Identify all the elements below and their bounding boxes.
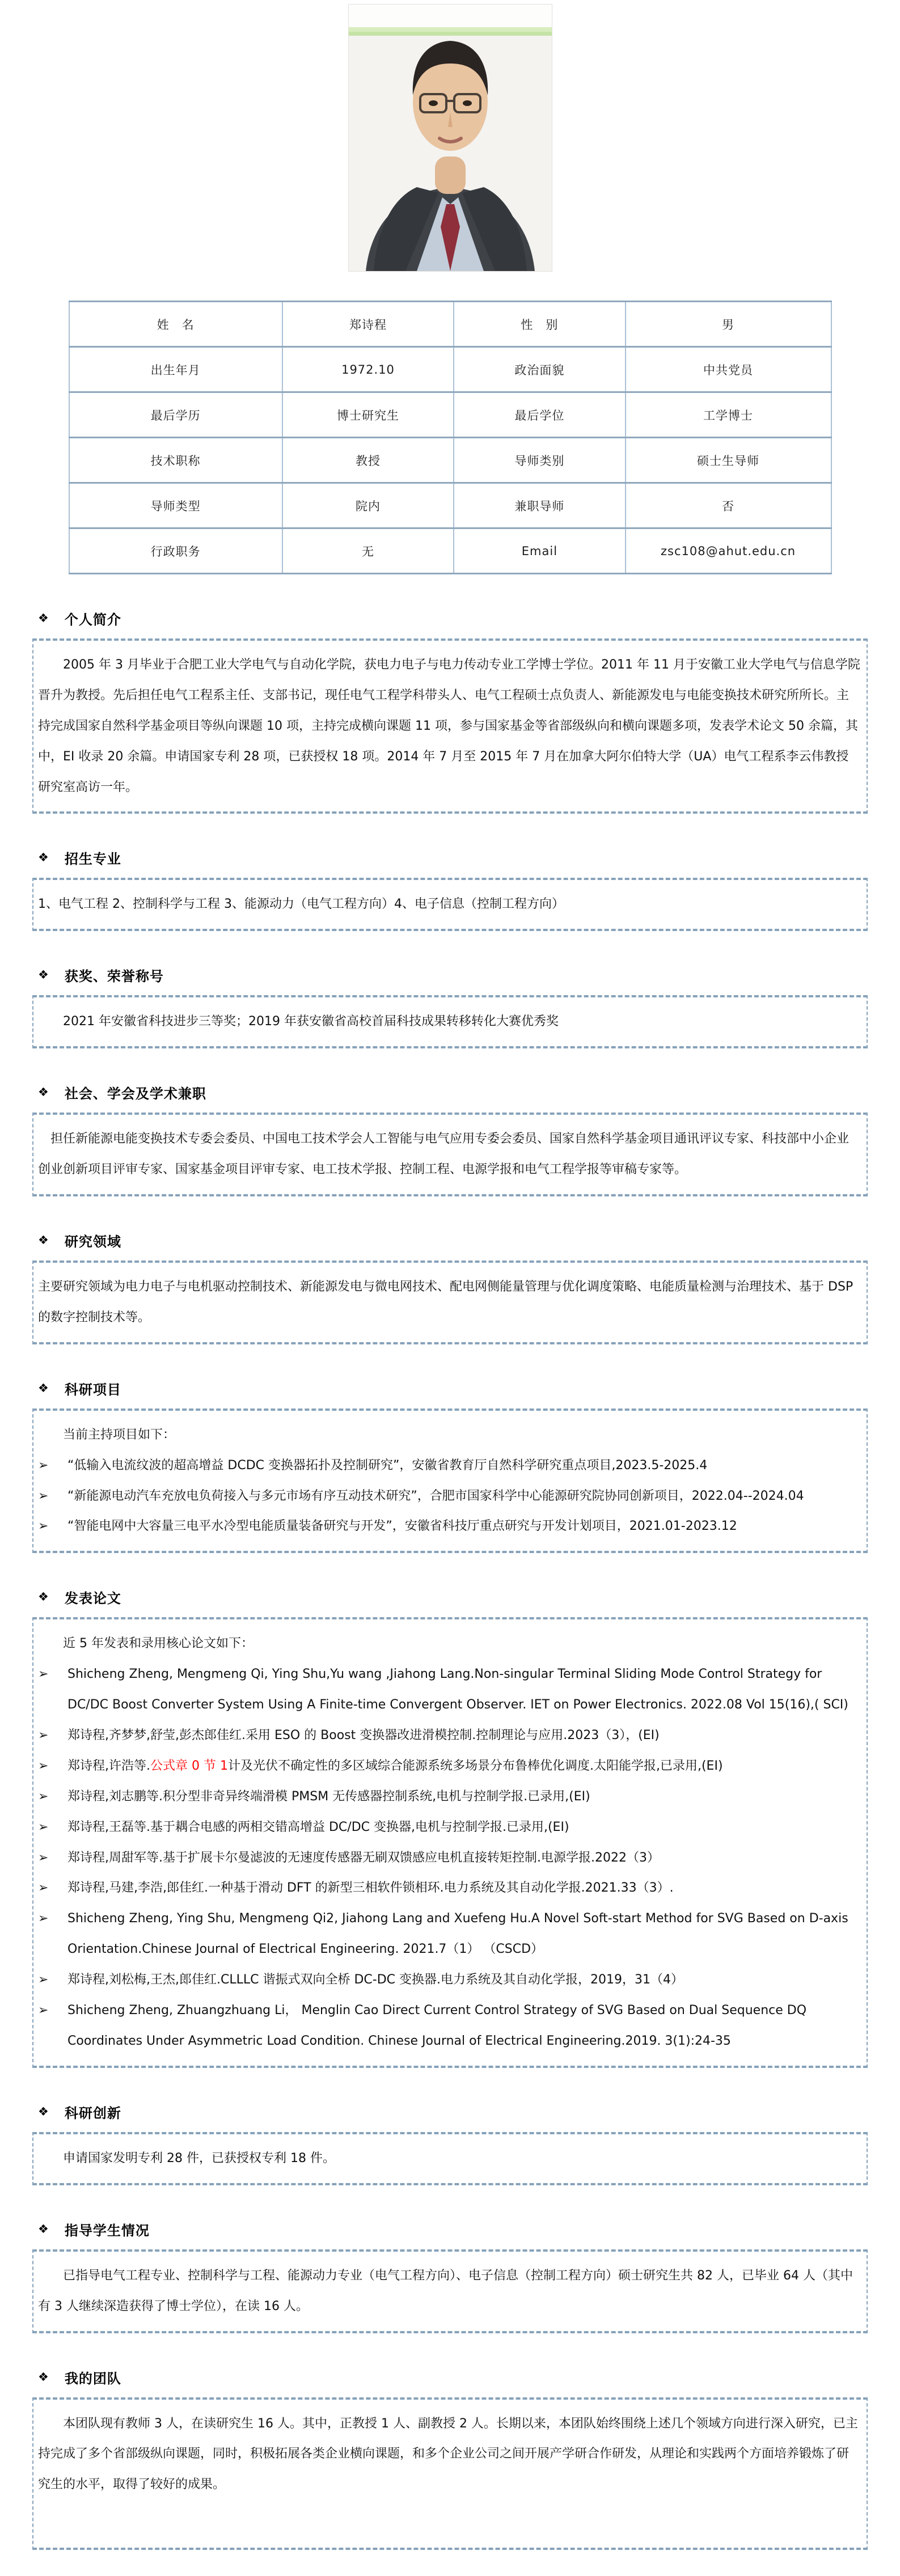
section-title: 研究领域 [65, 1230, 121, 1250]
text-segment: 郑诗程,齐梦梦,舒莹,彭杰郎佳红.采用 ESO 的 Boost 变换器改进滑模控… [67, 1728, 660, 1742]
list-item: ➢郑诗程,齐梦梦,舒莹,彭杰郎佳红.采用 ESO 的 Boost 变换器改进滑模… [38, 1720, 861, 1751]
text-segment: 郑诗程,刘松梅,王杰,郎佳红.CLLLC 谐振式双向全桥 DC-DC 变换器.电… [67, 1973, 683, 1987]
diamond-bullet-icon: ❖ [38, 612, 49, 624]
section-content-box: 2005 年 3 月毕业于合肥工业大学电气与自动化学院，获电力电子与电力传动专业… [32, 638, 868, 814]
field-value: 否 [626, 483, 831, 528]
section-projects: ❖ 科研项目 当前主持项目如下： ➢“低输入电流纹波的超高增益 DCDC 变换器… [32, 1378, 868, 1554]
arrow-bullet-icon: ➢ [38, 1873, 48, 1904]
section-majors: ❖ 招生专业 1、电气工程 2、控制科学与工程 3、能源动力（电气工程方向）4、… [32, 848, 868, 931]
arrow-bullet-icon: ➢ [38, 1995, 48, 2026]
paragraph: 主要研究领域为电力电子与电机驱动控制技术、新能源发电与微电网技术、配电网侧能量管… [38, 1272, 861, 1333]
list-item: ➢Shicheng Zheng, Zhuangzhuang Li， Mengli… [38, 1995, 861, 2057]
text-segment: 郑诗程,刘志鹏等.积分型非奇异终端滑模 PMSM 无传感器控制系统,电机与控制学… [67, 1790, 590, 1804]
field-label: 最后学位 [454, 392, 625, 438]
text-segment: 郑诗程,周甜军等.基于扩展卡尔曼滤波的无速度传感器无刷双馈感应电机直接转矩控制.… [67, 1851, 660, 1865]
arrow-bullet-icon: ➢ [38, 1720, 48, 1751]
arrow-bullet-icon: ➢ [38, 1481, 48, 1512]
arrow-bullet-icon: ➢ [38, 1511, 48, 1542]
diamond-bullet-icon: ❖ [38, 969, 49, 981]
paragraph: 1、电气工程 2、控制科学与工程 3、能源动力（电气工程方向）4、电子信息（控制… [38, 889, 861, 920]
section-title: 社会、学会及学术兼职 [65, 1082, 206, 1102]
section-header: ❖ 社会、学会及学术兼职 [38, 1082, 868, 1102]
list-item: ➢“低输入电流纹波的超高增益 DCDC 变换器拓扑及控制研究”，安徽省教育厅自然… [38, 1450, 861, 1481]
section-content-box: 1、电气工程 2、控制科学与工程 3、能源动力（电气工程方向）4、电子信息（控制… [32, 878, 868, 931]
section-header: ❖ 获奖、荣誉称号 [38, 965, 868, 985]
section-header: ❖ 科研项目 [38, 1378, 868, 1398]
field-value: 郑诗程 [282, 302, 454, 347]
section-content-box: 担任新能源电能变换技术专委会委员、中国电工技术学会人工智能与电气应用专委会委员、… [32, 1113, 868, 1196]
project-list: ➢“低输入电流纹波的超高增益 DCDC 变换器拓扑及控制研究”，安徽省教育厅自然… [38, 1450, 861, 1542]
paragraph: 申请国家发明专利 28 件，已获授权专利 18 件。 [38, 2143, 861, 2174]
section-title: 科研项目 [65, 1378, 121, 1398]
section-profile: ❖ 个人简介 2005 年 3 月毕业于合肥工业大学电气与自动化学院，获电力电子… [32, 608, 868, 814]
text-segment: Shicheng Zheng, Ying Shu, Mengmeng Qi2, … [67, 1911, 848, 1956]
list-item: ➢“智能电网中大容量三电平水冷型电能质量装备研究与开发”，安徽省科技厅重点研究与… [38, 1511, 861, 1542]
text-segment: 郑诗程,马建,李浩,郎佳红.一种基于滑动 DFT 的新型三相软件锁相环.电力系统… [67, 1881, 674, 1895]
section-title: 获奖、荣誉称号 [65, 965, 164, 985]
table-row: 行政职务 无 Email zsc108@ahut.edu.cn [69, 528, 831, 574]
section-content-box: 已指导电气工程专业、控制科学与工程、能源动力专业（电气工程方向）、电子信息（控制… [32, 2249, 868, 2333]
section-content-box: 主要研究领域为电力电子与电机驱动控制技术、新能源发电与微电网技术、配电网侧能量管… [32, 1260, 868, 1344]
section-title: 发表论文 [65, 1587, 121, 1607]
field-value: 硕士生导师 [626, 438, 831, 483]
paragraph: 已指导电气工程专业、控制科学与工程、能源动力专业（电气工程方向）、电子信息（控制… [38, 2261, 861, 2322]
table-row: 技术职称 教授 导师类别 硕士生导师 [69, 438, 831, 483]
section-header: ❖ 发表论文 [38, 1587, 868, 1607]
field-label: 出生年月 [69, 347, 282, 392]
list-item: ➢“新能源电动汽车充放电负荷接入与多元市场有序互动技术研究”，合肥市国家科学中心… [38, 1481, 861, 1512]
text-segment: “新能源电动汽车充放电负荷接入与多元市场有序互动技术研究”，合肥市国家科学中心能… [67, 1489, 804, 1503]
field-value: zsc108@ahut.edu.cn [626, 528, 831, 574]
list-item: ➢郑诗程,刘志鹏等.积分型非奇异终端滑模 PMSM 无传感器控制系统,电机与控制… [38, 1782, 861, 1812]
arrow-bullet-icon: ➢ [38, 1812, 48, 1843]
diamond-bullet-icon: ❖ [38, 1086, 49, 1098]
field-value: 教授 [282, 438, 454, 483]
field-value: 1972.10 [282, 347, 454, 392]
diamond-bullet-icon: ❖ [38, 1591, 49, 1603]
field-label: 导师类型 [69, 483, 282, 528]
section-content-box: 本团队现有教师 3 人，在读研究生 16 人。其中，正教授 1 人、副教授 2 … [32, 2397, 868, 2550]
field-value: 工学博士 [626, 392, 831, 438]
list-item: ➢郑诗程,周甜军等.基于扩展卡尔曼滤波的无速度传感器无刷双馈感应电机直接转矩控制… [38, 1843, 861, 1873]
text-segment: 郑诗程,王磊等.基于耦合电感的两相交错高增益 DC/DC 变换器,电机与控制学报… [67, 1820, 569, 1834]
section-content-box: 近 5 年发表和录用核心论文如下： ➢Shicheng Zheng, Mengm… [32, 1617, 868, 2067]
section-title: 指导学生情况 [65, 2219, 150, 2239]
portrait-photo-illustration [349, 5, 552, 271]
section-title: 我的团队 [65, 2367, 121, 2387]
info-table: 姓 名 郑诗程 性 别 男 出生年月 1972.10 政治面貌 中共党员 最后学… [69, 301, 832, 574]
field-label: 最后学历 [69, 392, 282, 438]
section-memberships: ❖ 社会、学会及学术兼职 担任新能源电能变换技术专委会委员、中国电工技术学会人工… [32, 1082, 868, 1196]
text-segment: Shicheng Zheng, Mengmeng Qi, Ying Shu,Yu… [67, 1667, 848, 1712]
list-item: ➢郑诗程,刘松梅,王杰,郎佳红.CLLLC 谐振式双向全桥 DC-DC 变换器.… [38, 1965, 861, 1995]
section-content-box: 2021 年安徽省科技进步三等奖；2019 年获安徽省高校首届科技成果转移转化大… [32, 995, 868, 1048]
paragraph: 本团队现有教师 3 人，在读研究生 16 人。其中，正教授 1 人、副教授 2 … [38, 2409, 861, 2501]
field-label: 姓 名 [69, 302, 282, 347]
text-segment: 计及光伏不确定性的多区域综合能源系统多场景分布鲁棒优化调度.太阳能学报,已录用,… [228, 1759, 723, 1773]
text-segment: “低输入电流纹波的超高增益 DCDC 变换器拓扑及控制研究”，安徽省教育厅自然科… [67, 1458, 707, 1473]
section-header: ❖ 科研创新 [38, 2102, 868, 2122]
list-item: ➢郑诗程,王磊等.基于耦合电感的两相交错高增益 DC/DC 变换器,电机与控制学… [38, 1812, 861, 1843]
field-label: 政治面貌 [454, 347, 625, 392]
field-label: 性 别 [454, 302, 625, 347]
diamond-bullet-icon: ❖ [38, 1382, 49, 1394]
paragraph: 担任新能源电能变换技术专委会委员、中国电工技术学会人工智能与电气应用专委会委员、… [38, 1124, 861, 1185]
field-label: Email [454, 528, 625, 574]
diamond-bullet-icon: ❖ [38, 2106, 49, 2118]
table-row: 导师类型 院内 兼职导师 否 [69, 483, 831, 528]
section-title: 招生专业 [65, 848, 121, 868]
field-value: 无 [282, 528, 454, 574]
field-label: 行政职务 [69, 528, 282, 574]
section-header: ❖ 指导学生情况 [38, 2219, 868, 2239]
list-intro: 当前主持项目如下： [38, 1420, 861, 1450]
diamond-bullet-icon: ❖ [38, 2223, 49, 2235]
portrait-photo [349, 5, 552, 271]
section-students: ❖ 指导学生情况 已指导电气工程专业、控制科学与工程、能源动力专业（电气工程方向… [32, 2219, 868, 2333]
field-label: 导师类别 [454, 438, 625, 483]
section-awards: ❖ 获奖、荣誉称号 2021 年安徽省科技进步三等奖；2019 年获安徽省高校首… [32, 965, 868, 1048]
section-content-box: 当前主持项目如下： ➢“低输入电流纹波的超高增益 DCDC 变换器拓扑及控制研究… [32, 1408, 868, 1554]
paper-list: ➢Shicheng Zheng, Mengmeng Qi, Ying Shu,Y… [38, 1659, 861, 2057]
diamond-bullet-icon: ❖ [38, 2371, 49, 2383]
field-value: 中共党员 [626, 347, 831, 392]
table-row: 姓 名 郑诗程 性 别 男 [69, 302, 831, 347]
arrow-bullet-icon: ➢ [38, 1751, 48, 1782]
arrow-bullet-icon: ➢ [38, 1904, 48, 1934]
paragraph: 2005 年 3 月毕业于合肥工业大学电气与自动化学院，获电力电子与电力传动专业… [38, 650, 861, 802]
diamond-bullet-icon: ❖ [38, 1234, 49, 1246]
section-header: ❖ 个人简介 [38, 608, 868, 628]
section-research-areas: ❖ 研究领域 主要研究领域为电力电子与电机驱动控制技术、新能源发电与微电网技术、… [32, 1230, 868, 1344]
text-segment: “智能电网中大容量三电平水冷型电能质量装备研究与开发”，安徽省科技厅重点研究与开… [67, 1519, 737, 1533]
section-content-box: 申请国家发明专利 28 件，已获授权专利 18 件。 [32, 2132, 868, 2185]
list-intro: 近 5 年发表和录用核心论文如下： [38, 1628, 861, 1659]
field-label: 技术职称 [69, 438, 282, 483]
arrow-bullet-icon: ➢ [38, 1450, 48, 1481]
diamond-bullet-icon: ❖ [38, 852, 49, 864]
section-innovation: ❖ 科研创新 申请国家发明专利 28 件，已获授权专利 18 件。 [32, 2102, 868, 2185]
section-header: ❖ 我的团队 [38, 2367, 868, 2387]
field-label: 兼职导师 [454, 483, 625, 528]
list-item: ➢郑诗程,许浩等.公式章 0 节 1计及光伏不确定性的多区域综合能源系统多场景分… [38, 1751, 861, 1782]
field-value: 院内 [282, 483, 454, 528]
text-segment: Shicheng Zheng, Zhuangzhuang Li， Menglin… [67, 2003, 806, 2048]
section-title: 科研创新 [65, 2102, 121, 2122]
arrow-bullet-icon: ➢ [38, 1659, 48, 1690]
list-item: ➢Shicheng Zheng, Mengmeng Qi, Ying Shu,Y… [38, 1659, 861, 1720]
faculty-profile-page: 姓 名 郑诗程 性 别 男 出生年月 1972.10 政治面貌 中共党员 最后学… [0, 0, 900, 2576]
table-row: 出生年月 1972.10 政治面貌 中共党员 [69, 347, 831, 392]
section-team: ❖ 我的团队 本团队现有教师 3 人，在读研究生 16 人。其中，正教授 1 人… [32, 2367, 868, 2550]
arrow-bullet-icon: ➢ [38, 1782, 48, 1812]
red-text-segment: 公式章 0 节 1 [150, 1759, 228, 1773]
list-item: ➢郑诗程,马建,李浩,郎佳红.一种基于滑动 DFT 的新型三相软件锁相环.电力系… [38, 1873, 861, 1904]
section-header: ❖ 研究领域 [38, 1230, 868, 1250]
section-title: 个人简介 [65, 608, 121, 628]
table-row: 最后学历 博士研究生 最后学位 工学博士 [69, 392, 831, 438]
arrow-bullet-icon: ➢ [38, 1965, 48, 1995]
list-item: ➢Shicheng Zheng, Ying Shu, Mengmeng Qi2,… [38, 1904, 861, 1965]
section-papers: ❖ 发表论文 近 5 年发表和录用核心论文如下： ➢Shicheng Zheng… [32, 1587, 868, 2067]
field-value: 男 [626, 302, 831, 347]
field-value: 博士研究生 [282, 392, 454, 438]
arrow-bullet-icon: ➢ [38, 1843, 48, 1873]
text-segment: 郑诗程,许浩等. [67, 1759, 150, 1773]
paragraph: 2021 年安徽省科技进步三等奖；2019 年获安徽省高校首届科技成果转移转化大… [38, 1006, 861, 1037]
section-header: ❖ 招生专业 [38, 848, 868, 868]
